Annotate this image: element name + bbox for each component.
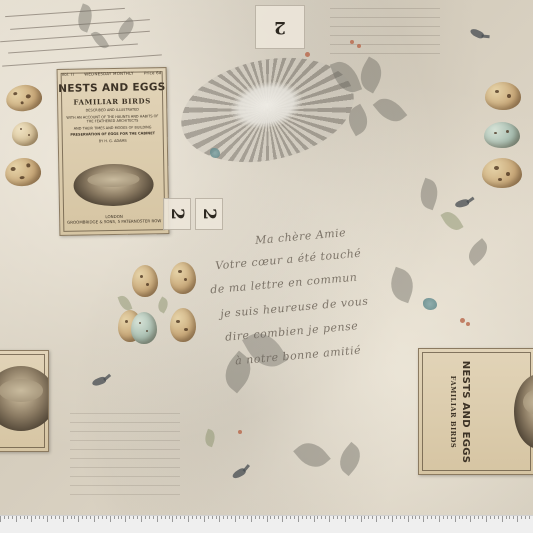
ruler-tick [227,516,228,519]
ruler-tick [427,516,428,519]
numeral-two: 2 [274,17,286,37]
ruler-tick [521,516,522,519]
ruler-tick [102,516,103,519]
ruler-tick [404,516,405,519]
numeral-two: 2 [167,208,187,220]
ruler-tick [317,516,318,519]
nest-engraving [0,366,49,431]
ruler-tick [157,516,158,522]
ruler-tick [114,516,115,519]
ruler-tick [502,516,503,522]
ruler-tick [302,516,303,519]
ruler-tick [513,516,514,519]
ruler-tick [94,516,95,522]
berry [460,318,465,323]
ruler-tick [223,516,224,519]
ruler-tick [0,516,1,522]
ruler-tick [67,516,68,519]
numeral-card-right: 2 [195,198,223,230]
book-title: NESTS AND EGGS [460,360,471,462]
ruler-tick [400,516,401,519]
ruler-tick [267,516,268,522]
ruler-tick [263,516,264,519]
leaf-icon [373,92,408,128]
ruler-tick [368,516,369,519]
leaf-icon [416,178,442,210]
ruler-tick [384,516,385,519]
book-cover-partial-left [0,350,49,452]
ruler-tick [529,516,530,519]
ruler-tick [141,516,142,522]
ruler-tick [251,516,252,522]
ruler-tick [376,516,377,522]
ruler-tick [314,516,315,522]
ruler-tick [474,516,475,519]
ruler-tick [325,516,326,519]
egg-speckled-blue [131,312,157,344]
ruler-tick [180,516,181,519]
ruler-tick [364,516,365,519]
fabric-selvage-ruler [0,515,533,533]
ruler-tick [274,516,275,519]
ruler-tick [145,516,146,519]
ruler-tick [51,516,52,519]
ruler-tick [82,516,83,519]
egg-speckled [132,265,158,297]
ruler-tick [423,516,424,522]
ruler-tick [506,516,507,519]
egg-speckled [170,262,196,294]
ruler-tick [196,516,197,519]
ruler-tick [286,516,287,519]
ruler-tick [24,516,25,519]
blue-flower [423,298,437,310]
ruler-tick [47,516,48,522]
ruler-tick [137,516,138,519]
ruler-tick [478,516,479,519]
ruler-tick [298,516,299,522]
berry [466,322,470,326]
numeral-card-left: 2 [163,198,191,230]
ruler-tick [133,516,134,519]
ruler-tick [200,516,201,519]
ruler-tick [333,516,334,519]
ruler-tick [63,516,64,522]
ruler-tick [74,516,75,519]
ruler-tick [31,516,32,522]
ruler-tick [78,516,79,522]
ruler-tick [121,516,122,519]
leaf-icon [333,442,366,476]
ruler-tick [184,516,185,519]
ruler-tick [259,516,260,519]
ruler-tick [282,516,283,522]
book-cover-nests-and-eggs: Vol. II WEDNESDAY MONTHLY Price 6d NESTS… [57,67,170,236]
ruler-tick [341,516,342,519]
ruler-tick [517,516,518,522]
sheet-music-fragment [330,5,440,60]
ruler-tick [176,516,177,519]
berry [350,40,354,44]
numeral-two: 2 [199,208,219,220]
ruler-tick [329,516,330,522]
ruler-tick [380,516,381,519]
ruler-tick [4,516,5,519]
ruler-tick [204,516,205,522]
egg-speckled [170,308,196,342]
ruler-tick [415,516,416,519]
ruler-tick [212,516,213,519]
ruler-tick [392,516,393,522]
ruler-tick [71,516,72,519]
berry [305,52,310,57]
ruler-tick [290,516,291,519]
egg-speckled [485,82,521,110]
bird-icon [469,27,485,39]
egg-speckled [4,156,43,188]
berry [238,430,242,434]
ruler-tick [278,516,279,519]
ruler-tick [35,516,36,519]
ruler-tick [43,516,44,519]
ruler-tick [337,516,338,519]
sheet-music-fragment [70,410,180,500]
ruler-tick [169,516,170,519]
leaf-icon [464,238,493,266]
ruler-tick [482,516,483,519]
ruler-tick [27,516,28,519]
ruler-tick [455,516,456,522]
ruler-tick [106,516,107,519]
ruler-tick [90,516,91,519]
ruler-tick [16,516,17,522]
leaf-icon [155,296,171,313]
ruler-tick [470,516,471,522]
leaf-icon [203,429,218,447]
leaf-icon [118,294,133,312]
ruler-tick [321,516,322,519]
ruler-tick [486,516,487,522]
ruler-tick [208,516,209,519]
ruler-tick [310,516,311,519]
bird-icon [231,467,247,480]
ruler-tick [110,516,111,522]
ruler-tick [270,516,271,519]
ruler-tick [235,516,236,522]
ruler-tick [388,516,389,519]
ruler-tick [435,516,436,519]
ruler-tick [349,516,350,519]
ruler-tick [509,516,510,519]
ruler-tick [494,516,495,519]
ruler-tick [188,516,189,522]
leaf-icon [440,208,463,234]
ruler-tick [412,516,413,519]
ruler-tick [459,516,460,519]
ruler-tick [125,516,126,522]
ruler-tick [294,516,295,519]
ruler-tick [443,516,444,519]
ruler-tick [306,516,307,519]
fabric-print-collage: 2 [0,0,533,533]
egg-speckled [12,122,38,146]
ruler-tick [59,516,60,519]
ruler-tick [149,516,150,519]
ruler-tick [345,516,346,522]
ruler-tick [396,516,397,519]
ruler-tick [129,516,130,519]
ruler-tick [498,516,499,519]
ruler-tick [490,516,491,519]
ruler-tick [98,516,99,519]
ruler-tick [255,516,256,519]
ruler-tick [20,516,21,519]
book-cover-nests-and-eggs-rotated: NESTS AND EGGS FAMILIAR BIRDS [418,348,533,475]
numeral-card-top: 2 [255,5,305,49]
blue-flower [210,148,220,158]
ruler-tick [451,516,452,519]
ruler-tick [86,516,87,519]
ruler-tick [419,516,420,519]
egg-speckled [482,158,522,188]
ruler-tick [408,516,409,522]
ruler-tick [161,516,162,519]
ruler-tick [466,516,467,519]
ruler-tick [439,516,440,522]
bird-icon [454,198,469,208]
ruler-tick [39,516,40,519]
ruler-tick [192,516,193,519]
ruler-tick [462,516,463,519]
ruler-tick [447,516,448,519]
berry [357,44,361,48]
ruler-tick [12,516,13,519]
ruler-tick [431,516,432,519]
ruler-tick [172,516,173,522]
ruler-tick [353,516,354,519]
ruler-tick [361,516,362,522]
ruler-tick [231,516,232,519]
handwriting-letter: Ma chère Amie Votre cœur a été touché de… [225,225,425,405]
ruler-tick [118,516,119,519]
ruler-tick [372,516,373,519]
ruler-tick [216,516,217,519]
ruler-tick [525,516,526,519]
ruler-tick [165,516,166,519]
ruler-tick [153,516,154,519]
ruler-tick [239,516,240,519]
ruler-tick [357,516,358,519]
ruler-tick [219,516,220,522]
ruler-tick [247,516,248,519]
book-subtitle: FAMILIAR BIRDS [449,360,457,462]
ruler-tick [8,516,9,519]
bird-icon [91,376,107,387]
ruler-tick [243,516,244,519]
egg-speckled [4,83,43,114]
ruler-tick [55,516,56,519]
egg-speckled-blue [484,122,520,148]
leaf-icon [293,436,331,474]
